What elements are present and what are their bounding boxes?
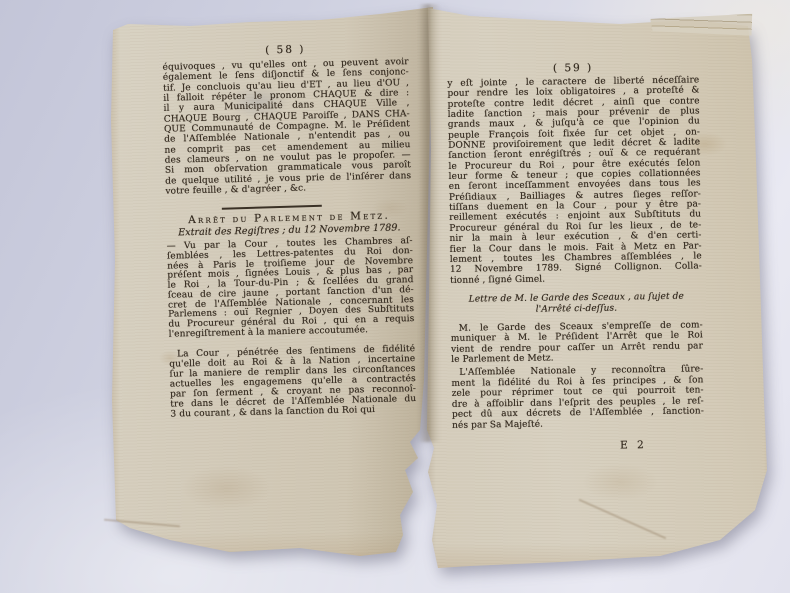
text-line: le Parlement de Metz.	[451, 352, 703, 366]
page-right-text: ( 59 ) y eſt jointe , le caractere de li…	[440, 56, 746, 480]
arret-paragraph-2: La Cour , pénétrée des ſentimens de fidé…	[169, 344, 417, 420]
photograph-background: ( 58 ) équivoques , vu qu'elles ont , ou…	[0, 0, 790, 593]
letter-paragraph-1: M. le Garde des Sceaux s'empreſſe de com…	[451, 320, 704, 365]
intro-paragraph: équivoques , vu qu'elles ont , ou peuven…	[163, 57, 412, 197]
section-divider-rule	[222, 205, 322, 210]
page-left-text: ( 58 ) équivoques , vu qu'elles ont , ou…	[150, 34, 439, 460]
arret-continuation: y eſt jointe , le caractere de liberté n…	[447, 75, 702, 285]
arret-paragraph-1: — Vu par la Cour , toutes les Chambres a…	[167, 237, 415, 340]
page-number-left: ( 58 )	[162, 41, 408, 59]
page-number-right: ( 59 )	[447, 60, 699, 76]
letter-heading: Lettre de M. le Garde des Sceaux , au ſu…	[450, 291, 702, 317]
signature-mark: E 2	[603, 439, 663, 452]
letter-paragraph-2: L'Aſſemblée Nationale y reconnoîtra ſûre…	[451, 364, 704, 431]
